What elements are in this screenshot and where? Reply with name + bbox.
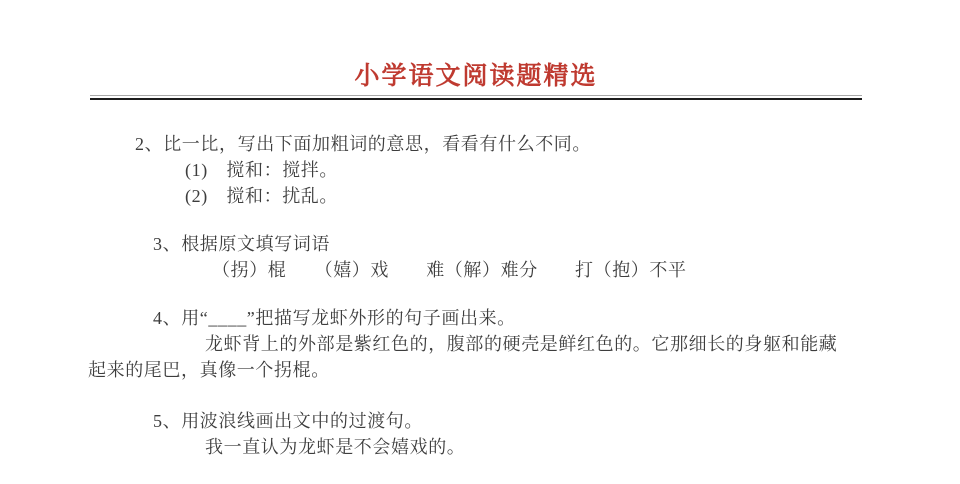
worksheet-page: 小学语文阅读题精选 2、比一比，写出下面加粗词的意思，看看有什么不同。 (1) … [0, 0, 960, 484]
page-title: 小学语文阅读题精选 [90, 62, 862, 92]
title-divider [90, 95, 862, 100]
question-2-item-1: (1) 搅和：搅拌。 [185, 157, 862, 183]
question-5-answer: 我一直认为龙虾是不会嬉戏的。 [205, 434, 862, 460]
question-5: 5、用波浪线画出文中的过渡句。 [153, 408, 862, 434]
question-4: 4、用“____”把描写龙虾外形的句子画出来。 [153, 305, 862, 331]
question-2-item-2: (2) 搅和：扰乱。 [185, 183, 862, 209]
document-content: 小学语文阅读题精选 2、比一比，写出下面加粗词的意思，看看有什么不同。 (1) … [90, 0, 862, 460]
question-4-answer-line-2: 起来的尾巴，真像一个拐棍。 [88, 357, 862, 383]
question-3-answer-words: （拐）棍 （嬉）戏 难（解）难分 打（抱）不平 [212, 257, 862, 283]
question-2: 2、比一比，写出下面加粗词的意思，看看有什么不同。 [135, 131, 862, 157]
document-body: 2、比一比，写出下面加粗词的意思，看看有什么不同。 (1) 搅和：搅拌。 (2)… [90, 131, 862, 460]
question-4-answer-line-1: 龙虾背上的外部是紫红色的，腹部的硬壳是鲜红色的。它那细长的身躯和能藏 [205, 331, 862, 357]
question-3: 3、根据原文填写词语 [153, 231, 862, 257]
